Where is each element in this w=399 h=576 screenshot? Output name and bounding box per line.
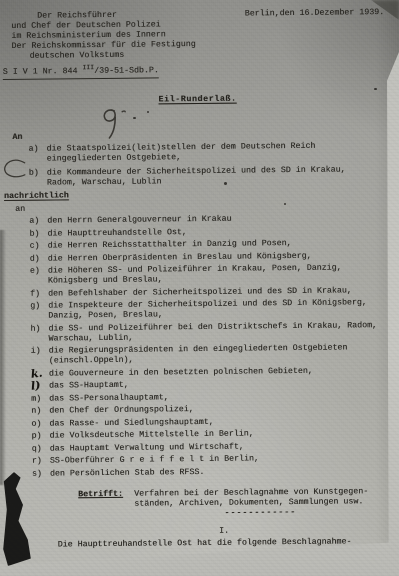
item-label: b) <box>29 169 47 189</box>
item-label: p) <box>31 432 49 442</box>
item-text: die Kommandeure der Sicherheitspolizei u… <box>47 165 379 188</box>
item-label: n) <box>31 407 49 417</box>
item-label: e) <box>30 267 48 287</box>
ink-speck <box>133 117 136 119</box>
list-item: k. die Gouverneure in den besetzten poln… <box>31 366 381 380</box>
list-item: f) den Befehlshaber der Sicherheitspoliz… <box>30 286 380 300</box>
list-item: g) die Inspekteure der Sicherheitspolize… <box>30 298 380 322</box>
list-item: i) die Regierungspräsidenten in den eing… <box>31 343 381 367</box>
item-text: die Herren Reichsstatthalter in Danzig u… <box>48 238 380 251</box>
item-label: m) <box>31 394 49 404</box>
item-text: den Chef der Ordnungspolizei, <box>49 403 381 416</box>
item-label: d) <box>30 254 48 264</box>
cc-list: a) den Herrn Generalgouverneur in Krakau… <box>29 213 382 479</box>
list-item: p) die Volksdeutsche Mittelstelle in Ber… <box>31 428 381 442</box>
left-edge-shadow <box>0 230 6 485</box>
item-label: l) <box>30 380 49 392</box>
body-first-line: Die Haupttreuhandstelle Ost hat die folg… <box>58 537 352 550</box>
item-text: die Gouverneure in den besetzten polnisc… <box>49 366 381 379</box>
sender-line: deutschen Volkstums <box>30 50 196 62</box>
item-text: die Regierungspräsidenten in den eingegl… <box>49 343 381 366</box>
sender-block: Der Reichsführer und Chef der Deutschen … <box>11 10 196 62</box>
list-item: h) die SS- und Polizeiführer bei den Dis… <box>30 321 380 345</box>
list-item: o) das Rasse- und Siedlungshauptamt, <box>31 416 381 430</box>
subject-lines: Verfahren bei der Beschlagnahme von Kuns… <box>134 487 386 520</box>
file-reference: S I V 1 Nr. 844 III/39-51-Sdb.P. <box>3 62 159 79</box>
handwritten-mark-9 <box>98 103 138 143</box>
list-item: n) den Chef der Ordnungspolizei, <box>31 403 381 417</box>
item-text: die Herren Oberpräsidenten in Breslau un… <box>48 251 380 264</box>
list-item: a) den Herrn Generalgouverneur in Krakau <box>29 213 379 227</box>
item-text: den Persönlichen Stab des RFSS. <box>50 466 382 479</box>
item-text: die Inspekteure der Sicherheitspolizei u… <box>48 298 380 321</box>
list-item: b) die Haupttreuhandstelle Ost, <box>29 226 379 240</box>
item-text: das Rasse- und Siedlungshauptamt, <box>49 416 381 429</box>
list-item: r) SS-Oberführer G r e i f f e l t in Be… <box>32 453 382 467</box>
item-label: s) <box>32 469 50 479</box>
list-item: s) den Persönlichen Stab des RFSS. <box>32 466 382 480</box>
list-item: d) die Herren Oberpräsidenten in Breslau… <box>30 251 380 265</box>
item-text: die Haupttreuhandstelle Ost, <box>47 226 379 239</box>
file-reference-main: S I V 1 Nr. 844 <box>3 67 78 77</box>
list-item: c) die Herren Reichsstatthalter in Danzi… <box>30 238 380 252</box>
item-text: den Befehlshaber der Sicherheitspolizei … <box>48 286 380 299</box>
list-item: b) die Kommandeure der Sicherheitspolize… <box>29 165 379 189</box>
file-reference-sup: III <box>82 64 94 71</box>
item-text: die Staatspolizei(leit)stellen der dem D… <box>46 141 378 164</box>
cc-subheading: an <box>15 205 25 215</box>
document-title: Eil-Runderlaß. <box>0 93 397 107</box>
item-label: i) <box>31 347 49 367</box>
file-reference-rest: /39-51-Sdb.P. <box>94 66 159 76</box>
subject-label: Betrifft: <box>78 490 134 521</box>
list-item: a) die Staatspolizei(leit)stellen der de… <box>28 141 378 165</box>
scanned-document-photo: Der Reichsführer und Chef der Deutschen … <box>0 0 399 576</box>
item-text: die SS- und Polizeiführer bei den Distri… <box>48 321 380 344</box>
item-label: b) <box>29 229 47 239</box>
item-label: q) <box>32 444 50 454</box>
item-text: das SS-Personalhauptamt, <box>49 391 381 404</box>
document-content: Der Reichsführer und Chef der Deutschen … <box>0 0 399 576</box>
item-label: a) <box>29 217 47 227</box>
ink-speck <box>284 203 286 205</box>
distribution-heading: An <box>12 133 22 143</box>
list-item: e) die Höheren SS- und Polizeiführer in … <box>30 263 380 287</box>
item-text: das SS-Hauptamt, <box>49 378 381 391</box>
list-item: m) das SS-Personalhauptamt, <box>31 391 381 405</box>
handwritten-circle-mark <box>1 157 29 181</box>
item-text: die Höheren SS- und Polizeiführer in Kra… <box>48 263 380 286</box>
item-text: SS-Oberführer G r e i f f e l t in Berli… <box>50 453 382 466</box>
distribution-list: a) die Staatspolizei(leit)stellen der de… <box>28 141 378 189</box>
item-label: a) <box>28 145 46 165</box>
item-label: g) <box>30 302 48 322</box>
item-label: c) <box>30 242 48 252</box>
ink-speck <box>147 111 149 113</box>
item-label: f) <box>30 289 48 299</box>
item-text: die Volksdeutsche Mittelstelle in Berlin… <box>49 428 381 441</box>
item-label: k. <box>30 367 49 379</box>
ink-speck <box>374 88 377 90</box>
item-text: den Herrn Generalgouverneur in Krakau <box>47 213 379 226</box>
item-label: h) <box>30 324 48 344</box>
ink-speck <box>224 182 227 185</box>
subject-block: Betrifft: Verfahren bei der Beschlagnahm… <box>78 487 386 520</box>
item-label: r) <box>32 457 50 467</box>
document-title-text: Eil-Runderlaß. <box>158 95 236 105</box>
item-label: o) <box>31 419 49 429</box>
item-text: das Hauptamt Verwaltung und Wirtschaft, <box>50 441 382 454</box>
list-item: l) das SS-Hauptamt, <box>31 378 381 392</box>
dateline: Berlin,den 16.Dezember 1939. <box>245 8 385 19</box>
cc-heading: nachrichtlich <box>4 191 69 202</box>
list-item: q) das Hauptamt Verwaltung und Wirtschaf… <box>32 441 382 455</box>
